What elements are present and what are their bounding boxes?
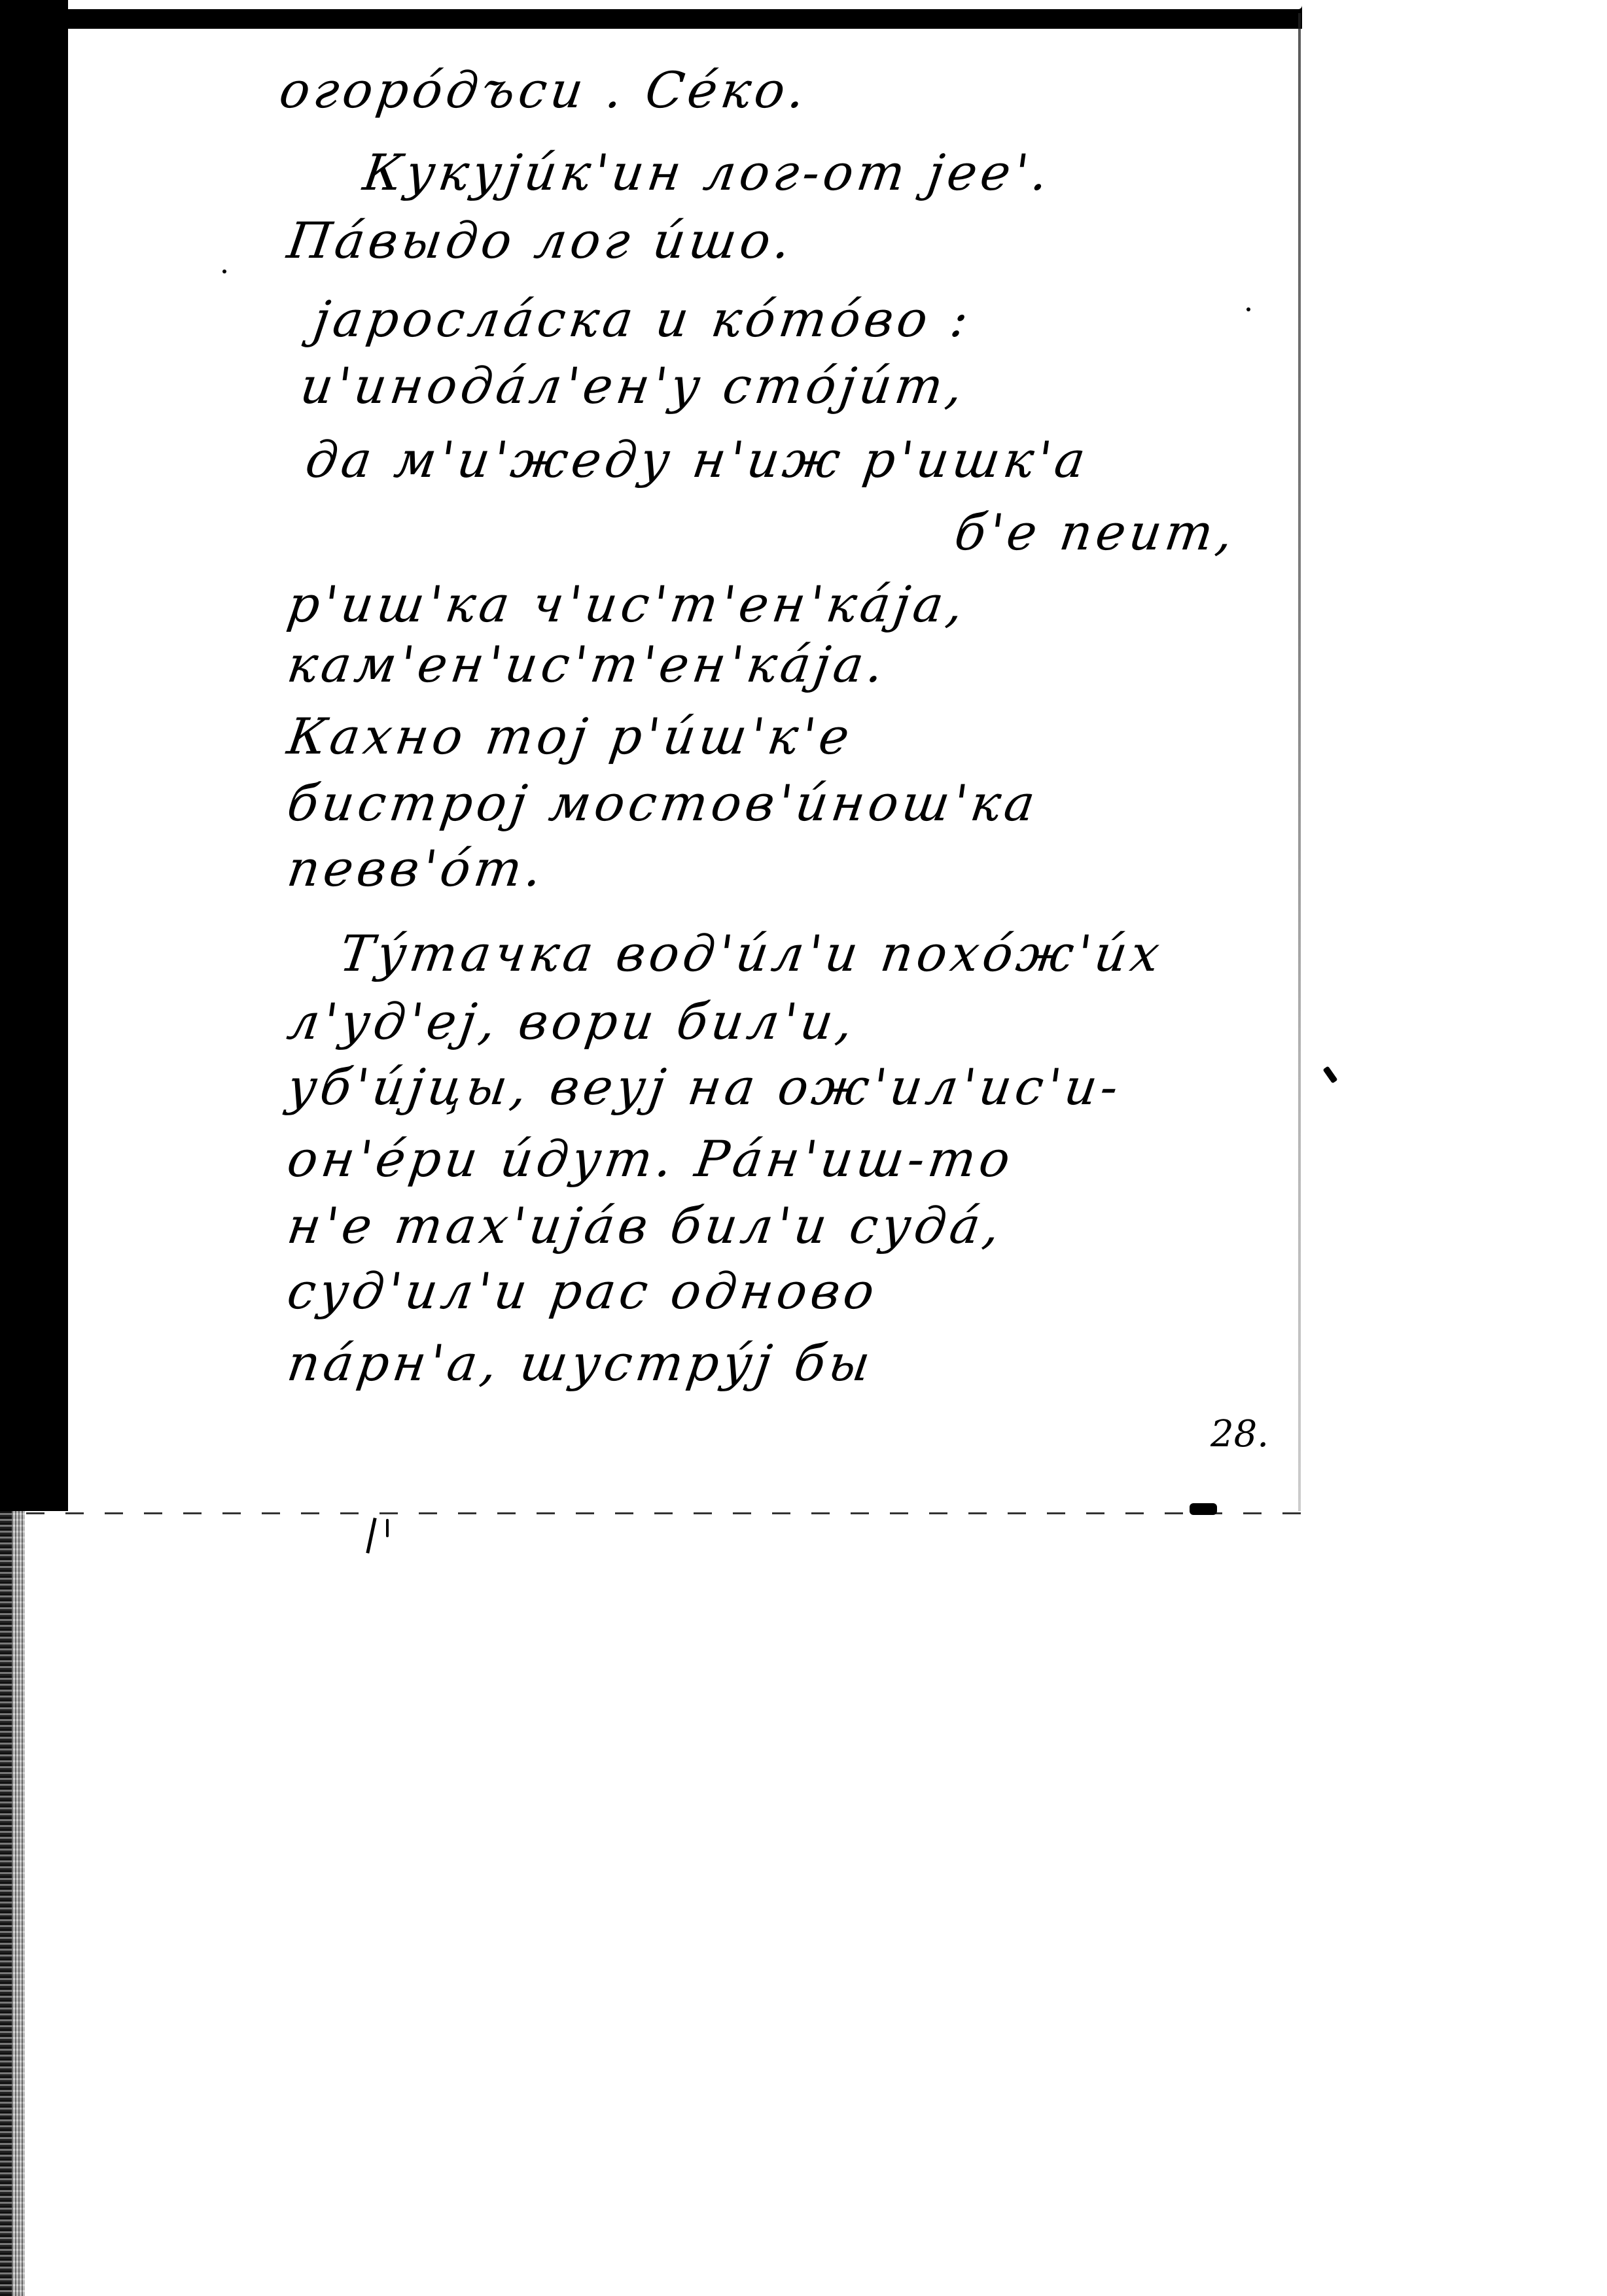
text-line: па́рн'а, шустру́ј бы xyxy=(285,1338,877,1388)
page-right-edge xyxy=(1298,13,1301,1511)
ink-smudge xyxy=(1190,1503,1217,1515)
page-bottom-edge xyxy=(26,1512,1302,1514)
text-line: он'е́ри и́дут. Ра́н'иш-то xyxy=(285,1134,1017,1184)
text-line: Па́выдо лог и́шо. xyxy=(285,216,798,266)
text-line: бистрој мостов'и́нош'ка xyxy=(285,778,1042,828)
text-line: Кукуји́к'ин лог-от јее'. xyxy=(361,148,1055,198)
text-line: уб'и́јцы, веуј на ож'ил'ис'и- xyxy=(285,1062,1125,1112)
ink-speck xyxy=(1246,307,1250,311)
text-line: Кахно тој р'и́ш'к'е xyxy=(285,712,856,761)
text-line: да м'и'жеду н'иж р'ишк'а xyxy=(303,435,1092,485)
text-line: Ту́тачка вод'и́л'и похо́ж'и́х xyxy=(337,929,1167,979)
ink-speck xyxy=(1322,1066,1337,1083)
ink-speck xyxy=(222,270,226,273)
text-line: кам'ен'ис'т'ен'ка́ја. xyxy=(285,640,891,689)
text-line: суд'ил'и рас одново xyxy=(285,1266,881,1316)
ink-stroke xyxy=(386,1519,389,1537)
scan-border-top xyxy=(0,0,1302,29)
ink-stroke xyxy=(366,1518,376,1554)
text-line: и'инода́л'ен'у сто́ји́т, xyxy=(298,361,970,411)
text-line: н'е тах'ија́в бил'и суда́, xyxy=(285,1201,1007,1251)
text-line: б'е пеит, xyxy=(952,508,1240,557)
text-line: јаросла́ска и ко́то́во : xyxy=(311,294,975,344)
text-line: огоро́дъси . Се́ко. xyxy=(277,65,812,115)
text-line: певв'о́т. xyxy=(285,844,549,894)
text-line: л'уд'еј, вори бил'и, xyxy=(285,997,860,1047)
scan-border-left xyxy=(0,0,68,1511)
text-line: р'иш'ка ч'ис'т'ен'ка́ја, xyxy=(285,580,970,629)
page-number: 28. xyxy=(1210,1413,1269,1455)
scan-noise-left xyxy=(0,1511,25,2296)
